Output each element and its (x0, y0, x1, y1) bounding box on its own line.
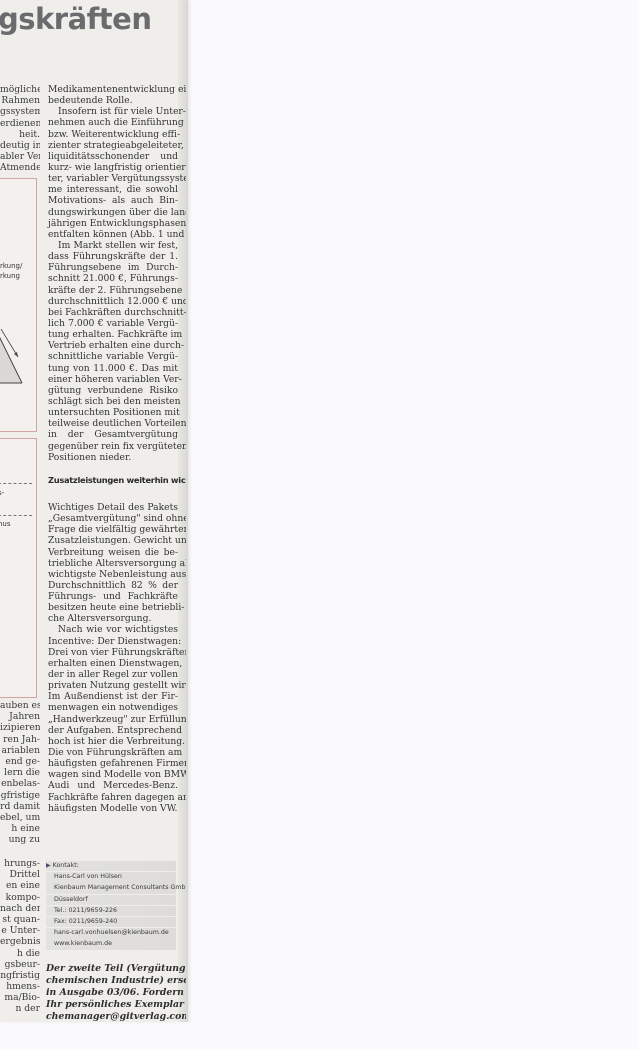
left-column-line: Jahren (0, 711, 40, 722)
contact-fax: Fax: 0211/9659-240 (46, 917, 176, 927)
headline-fragment: gskräften (0, 2, 151, 36)
left-column-line: ariablen (0, 745, 40, 756)
paragraph-line: zienter strategieabgeleiteter, (48, 140, 178, 151)
figure-2-box: s- i nus (0, 438, 37, 698)
contact-web: www.kienbaum.de (46, 939, 176, 949)
left-column-line: ung zu (0, 834, 40, 845)
paragraph-line: wichtigste Nebenleistung aus. (48, 569, 178, 580)
paragraph-line: besitzen heute eine betriebli- (48, 602, 178, 613)
contact-label-row: ▶Kontakt: (46, 861, 176, 871)
left-column-line: ngfristig (0, 970, 40, 981)
paragraph-line: dass Führungskräfte der 1. (48, 251, 178, 262)
figure-2-label: nus (0, 520, 11, 529)
left-column-top: möglichenRahmengssystemeerdienen,heit.de… (0, 84, 40, 174)
left-column-line: abler Ver- (0, 151, 40, 162)
paragraph-line: schlägt sich bei den meisten (48, 396, 178, 407)
paragraph-line: Führungs- und Fachkräfte (48, 591, 178, 602)
paragraph-line: Verbreitung weisen die be- (48, 547, 178, 558)
paragraph-line: ter, variabler Vergütungssyste- (48, 173, 178, 184)
paragraph-line: erhalten einen Dienstwagen, (48, 658, 178, 669)
paragraph-line: bei Fachkräften durchschnitt- (48, 307, 178, 318)
paragraph-line: Incentive: Der Dienstwagen: (48, 636, 178, 647)
left-column-line: ma/Bio- (0, 992, 40, 1003)
paragraph-line: Motivations- als auch Bin- (48, 195, 178, 206)
paragraph-line: häufigsten gefahrenen Firmen- (48, 758, 178, 769)
paragraph-line: nehmen auch die Einführung (48, 117, 178, 128)
figure-1-box: irkung/ irkung (0, 178, 37, 432)
paragraph-line: Positionen nieder. (48, 452, 178, 463)
teaser-note: Der zweite Teil (Vergütung in derchemisc… (46, 963, 176, 1022)
contact-company: Kienbaum Management Consultants GmbH, (46, 883, 176, 893)
paragraph-line: tung von 11.000 €. Das mit (48, 363, 178, 374)
paragraph-line: menwagen ein notwendiges (48, 702, 178, 713)
paragraph-line: Fachkräfte fahren dagegen am (48, 792, 178, 803)
paragraph-line: der Aufgaben. Entsprechend (48, 725, 178, 736)
left-column-line: en eine (0, 880, 40, 891)
left-column-line: nach der (0, 903, 40, 914)
left-column-line: kompo- (0, 892, 40, 903)
paragraph-line: gegenüber rein fix vergüteten (48, 441, 178, 452)
left-column-line: e Unter- (0, 925, 40, 936)
paragraph-line: bzw. Weiterentwicklung effi- (48, 129, 178, 140)
left-column-line: h die (0, 948, 40, 959)
left-column-line: lern die (0, 767, 40, 778)
paragraph-line: Nach wie vor wichtigstes (48, 624, 178, 635)
left-column-line: ren Jah- (0, 734, 40, 745)
paragraph-line: privaten Nutzung gestellt wird. (48, 680, 178, 691)
teaser-line: chemischen Industrie) erscheint (46, 975, 176, 987)
left-column-line: ebel, um (0, 812, 40, 823)
paragraph-line: liquiditätsschonender und (48, 151, 178, 162)
left-column-line: izipieren (0, 722, 40, 733)
paragraph-line: untersuchten Positionen mit (48, 407, 178, 418)
left-column-line: Drittel (0, 869, 40, 880)
paragraph-line: lich 7.000 € variable Vergü- (48, 318, 178, 329)
paragraph-line: Insofern ist für viele Unter- (48, 106, 178, 117)
contact-city: Düsseldorf (46, 895, 176, 905)
paragraph-line: Drei von vier Führungskräften (48, 647, 178, 658)
paragraph-line: gütung verbundene Risiko (48, 385, 178, 396)
left-column-middle: auben es,Jahrenizipierenren Jah-ariablen… (0, 700, 40, 845)
paragraph-line: Im Markt stellen wir fest, (48, 240, 178, 251)
left-column-line: Atmende" (0, 162, 40, 173)
left-column-line: hrungs- (0, 858, 40, 869)
figure-1-label: irkung (0, 272, 20, 281)
left-column-bottom: hrungs-Drittelen einekompo-nach derst qu… (0, 858, 40, 1015)
left-column-line: möglichen (0, 84, 40, 95)
teaser-line: in Ausgabe 03/06. Fordern Sie (46, 987, 176, 999)
main-column: Medikamentenentwicklung einebedeutende R… (48, 84, 178, 814)
paragraph-line: tung erhalten. Fachkräfte im (48, 329, 178, 340)
paragraph-line: triebliche Altersversorgung als (48, 558, 178, 569)
contact-email: hans-carl.vonhuelsen@kienbaum.de (46, 928, 176, 938)
paragraph-line: schnittliche variable Vergü- (48, 351, 178, 362)
paragraph-line: Durchschnittlich 82 % der (48, 580, 178, 591)
left-column-line: st quan- (0, 914, 40, 925)
paragraph-line: jährigen Entwicklungsphasen (48, 218, 178, 229)
paragraph-line: kräfte der 2. Führungsebene (48, 285, 178, 296)
paragraph-line: schnitt 21.000 €, Führungs- (48, 273, 178, 284)
left-column-line: heit. (0, 129, 40, 140)
paragraph-line: entfalten können (Abb. 1 und 2). (48, 229, 178, 240)
left-column-line: n der (0, 1003, 40, 1014)
figure-1-label: irkung/ (0, 262, 22, 271)
left-column-line: erdienen, (0, 118, 40, 129)
paragraph-line: „Gesamtvergütung" sind ohne (48, 513, 178, 524)
paragraph-line: Frage die vielfältig gewährten (48, 524, 178, 535)
left-column-line: h eine (0, 823, 40, 834)
left-column-line: enbelas- (0, 778, 40, 789)
left-column-line: ergebnis (0, 936, 40, 947)
scanned-page: gskräften möglichenRahmengssystemeerdien… (0, 0, 188, 1022)
paragraph-line: durchschnittlich 12.000 € und (48, 296, 178, 307)
paragraph-line: Medikamentenentwicklung eine (48, 84, 178, 95)
paragraph-line: teilweise deutlichen Vorteilen (48, 418, 178, 429)
left-column-line: gsbeur- (0, 959, 40, 970)
figure-2-label: s- (0, 489, 4, 498)
teaser-line: Ihr persönliches Exemplar unter (46, 999, 176, 1011)
paragraph-line: häufigsten Modelle von VW. (48, 803, 178, 814)
left-column-line: gssysteme (0, 106, 40, 117)
left-column-line: end ge- (0, 756, 40, 767)
figure-1-triangle (0, 329, 36, 389)
contact-name: Hans-Carl von Hülsen (46, 872, 176, 882)
left-column-line: deutig in (0, 140, 40, 151)
paragraph-line: Zusatzleistungen. Gewicht und (48, 535, 178, 546)
triangle-bullet-icon: ▶ (46, 862, 51, 869)
paragraph-line: bedeutende Rolle. (48, 95, 178, 106)
paragraph-line: Audi und Mercedes-Benz. (48, 780, 178, 791)
paragraph-line: Im Außendienst ist der Fir- (48, 691, 178, 702)
left-column-line: hmens- (0, 981, 40, 992)
paragraph-line: me interessant, die sowohl (48, 184, 178, 195)
paragraph-line: kurz- wie langfristig orientier- (48, 162, 178, 173)
paragraph-line: in der Gesamtvergütung (48, 429, 178, 440)
teaser-line: chemanager@gitverlag.com an. (46, 1011, 176, 1022)
left-column-line: rd damit (0, 801, 40, 812)
paragraph-line: Führungsebene im Durch- (48, 262, 178, 273)
teaser-line: Der zweite Teil (Vergütung in der (46, 963, 176, 975)
paragraph-line: „Handwerkzeug" zur Erfüllung (48, 714, 178, 725)
paragraph-line: wagen sind Modelle von BMW, (48, 769, 178, 780)
left-column-line: gfristige (0, 790, 40, 801)
contact-box: ▶Kontakt: Hans-Carl von Hülsen Kienbaum … (46, 861, 176, 951)
paragraph-line: Wichtiges Detail des Pakets (48, 502, 178, 513)
paragraph-line: hoch ist hier die Verbreitung. (48, 736, 178, 747)
paragraph-line: Die von Führungskräften am (48, 747, 178, 758)
paragraph-line: dungswirkungen über die lang- (48, 207, 178, 218)
page-edge (178, 0, 186, 1022)
contact-phone: Tel.: 0211/9659-226 (46, 906, 176, 916)
left-column-line: auben es, (0, 700, 40, 711)
subheading: Zusatzleistungen weiterhin wichtig (48, 475, 178, 486)
paragraph-line: einer höheren variablen Ver- (48, 374, 178, 385)
paragraph-line: der in aller Regel zur vollen (48, 669, 178, 680)
left-column-line: Rahmen (0, 95, 40, 106)
paragraph-line: Vertrieb erhalten eine durch- (48, 340, 178, 351)
paragraph-line: che Altersversorgung. (48, 613, 178, 624)
